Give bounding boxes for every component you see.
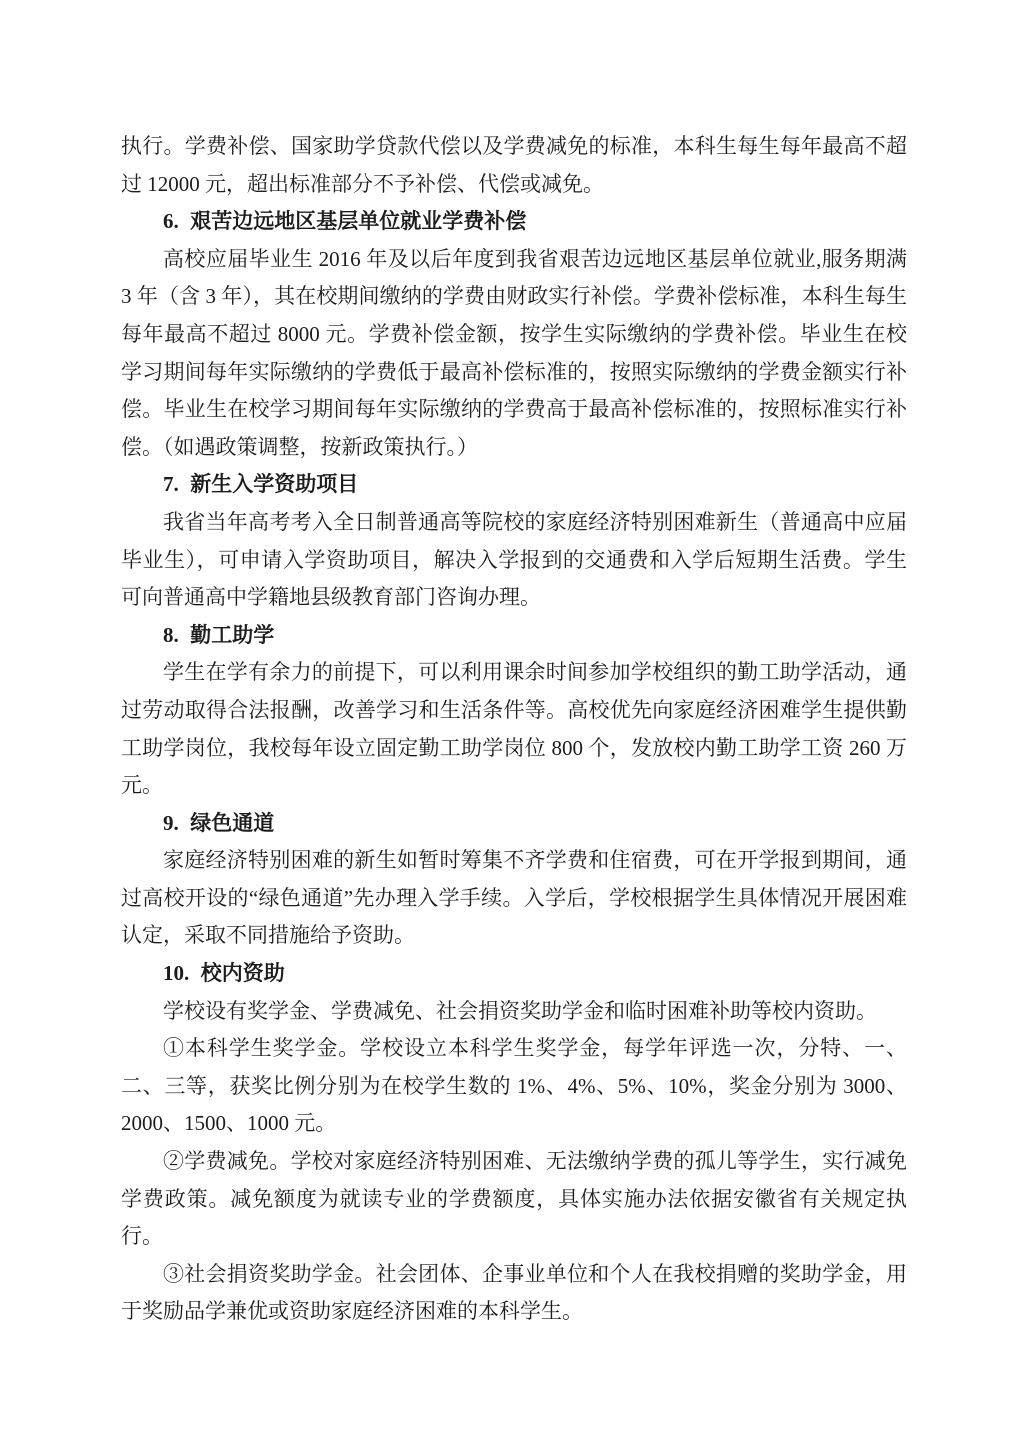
section-heading: 9.绿色通道 [121,805,907,843]
section-number: 9. [163,811,179,835]
section-number: 6. [163,209,179,233]
section-heading: 10.校内资助 [121,955,907,993]
paragraph: 学生在学有余力的前提下，可以利用课余时间参加学校组织的勤工助学活动，通过劳动取得… [121,654,907,804]
paragraph: 学校设有奖学金、学费减免、社会捐资奖助学金和临时困难补助等校内资助。 [121,993,907,1031]
paragraph: 家庭经济特别困难的新生如暂时筹集不齐学费和住宿费，可在开学报到期间，通过高校开设… [121,842,907,955]
paragraph: ②学费减免。学校对家庭经济特别困难、无法缴纳学费的孤儿等学生，实行减免学费政策。… [121,1143,907,1256]
section-title: 艰苦边远地区基层单位就业学费补偿 [190,209,526,233]
section-number: 10. [163,961,189,985]
paragraph: ①本科学生奖学金。学校设立本科学生奖学金，每学年评选一次，分特、一、二、三等，获… [121,1030,907,1143]
document-page: 执行。学费补偿、国家助学贷款代偿以及学费减免的标准，本科生每生每年最高不超过 1… [0,0,1024,1448]
section-heading: 7.新生入学资助项目 [121,466,907,504]
paragraph: 我省当年高考考入全日制普通高等院校的家庭经济特别困难新生（普通高中应届毕业生），… [121,504,907,617]
document-content: 执行。学费补偿、国家助学贷款代偿以及学费减免的标准，本科生每生每年最高不超过 1… [121,128,907,1331]
section-heading: 6.艰苦边远地区基层单位就业学费补偿 [121,203,907,241]
paragraph: ③社会捐资奖助学金。社会团体、企事业单位和个人在我校捐赠的奖助学金，用于奖励品学… [121,1256,907,1331]
paragraph: 高校应届毕业生 2016 年及以后年度到我省艰苦边远地区基层单位就业,服务期满 … [121,241,907,467]
section-number: 8. [163,623,179,647]
section-title: 校内资助 [201,961,285,985]
section-heading: 8.勤工助学 [121,617,907,655]
section-number: 7. [163,472,179,496]
section-title: 新生入学资助项目 [190,472,358,496]
section-title: 勤工助学 [190,623,274,647]
section-title: 绿色通道 [190,811,274,835]
paragraph: 执行。学费补偿、国家助学贷款代偿以及学费减免的标准，本科生每生每年最高不超过 1… [121,128,907,203]
